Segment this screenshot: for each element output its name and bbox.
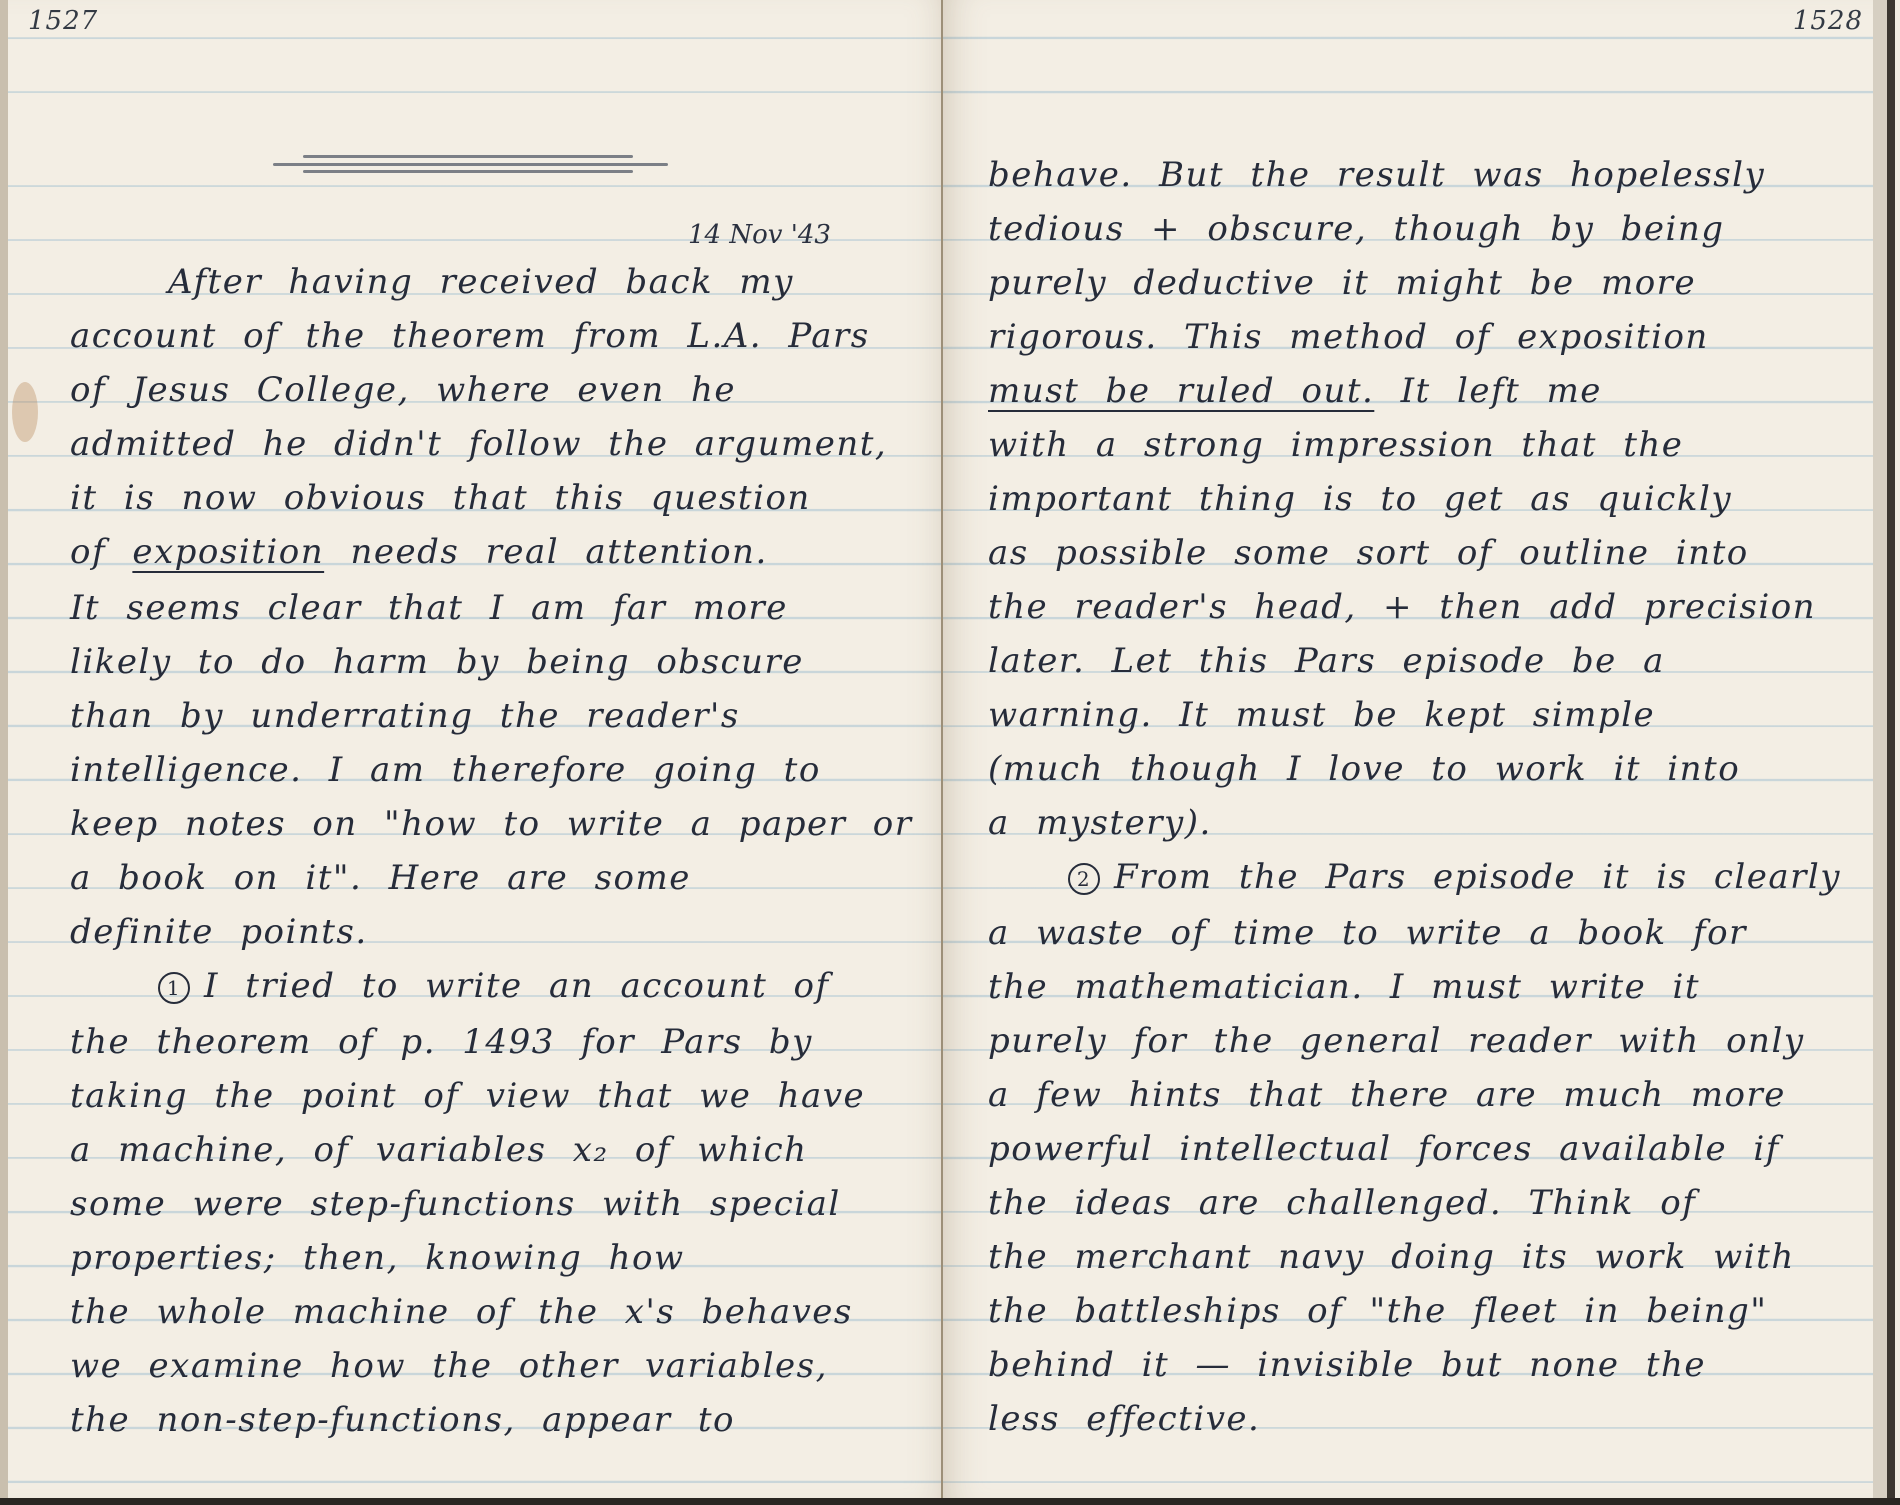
- text-line: important thing is to get as quickly: [988, 479, 1732, 519]
- text-line: purely for the general reader with only: [988, 1021, 1805, 1061]
- text-line: (much though I love to work it into: [988, 749, 1740, 789]
- text-line: we examine how the other variables,: [70, 1346, 828, 1386]
- circled-number-icon: 2: [1068, 863, 1100, 895]
- text-line: than by underrating the reader's: [70, 696, 740, 736]
- text-line: with a strong impression that the: [988, 425, 1683, 465]
- text-rest: needs real attention.: [324, 532, 768, 572]
- paper-stain: [12, 382, 38, 442]
- section-divider: [273, 155, 673, 177]
- text-line: It seems clear that I am far more: [70, 588, 788, 628]
- text-line: a mystery).: [988, 803, 1212, 843]
- text-line: a few hints that there are much more: [988, 1075, 1786, 1115]
- underlined-word: exposition: [132, 532, 324, 572]
- text-line: taking the point of view that we have: [70, 1076, 865, 1116]
- text-line: I tried to write an account of: [204, 966, 830, 1006]
- text-line: behave. But the result was hopelessly: [988, 155, 1765, 195]
- text-line: some were step-functions with special: [70, 1184, 841, 1224]
- right-page: 1528 behave. But the result was hopeless…: [943, 0, 1887, 1498]
- text-line: likely to do harm by being obscure: [70, 642, 804, 682]
- text-line: the mathematician. I must write it: [988, 967, 1700, 1007]
- text-line: admitted he didn't follow the argument,: [70, 424, 887, 464]
- text-line: the non-step-functions, appear to: [70, 1400, 735, 1440]
- text-line: a waste of time to write a book for: [988, 913, 1747, 953]
- text-line: a book on it". Here are some: [70, 858, 691, 898]
- circled-number-icon: 1: [158, 972, 190, 1004]
- text-line: account of the theorem from L.A. Pars: [70, 316, 870, 356]
- text-line: of Jesus College, where even he: [70, 370, 736, 410]
- text-line: keep notes on "how to write a paper or: [70, 804, 912, 844]
- text-line: warning. It must be kept simple: [988, 695, 1655, 735]
- text-line: it is now obvious that this question: [70, 478, 811, 518]
- text-line: as possible some sort of outline into: [988, 533, 1749, 573]
- text-line: the reader's head, + then add precision: [988, 587, 1816, 627]
- text-line: definite points.: [70, 912, 368, 952]
- point-two-line: 2From the Pars episode it is clearly: [1068, 857, 1841, 897]
- text-line: behind it — invisible but none the: [988, 1345, 1706, 1385]
- page-number: 1528: [1793, 6, 1863, 36]
- text-line: After having received back my: [168, 262, 794, 302]
- text-line: tedious + obscure, though by being: [988, 209, 1725, 249]
- entry-date: 14 Nov '43: [688, 220, 831, 250]
- notebook-spread: 1527 14 Nov '43 After having received ba…: [0, 0, 1900, 1498]
- text-line: later. Let this Pars episode be a: [988, 641, 1665, 681]
- left-page: 1527 14 Nov '43 After having received ba…: [0, 0, 951, 1498]
- text-line: a machine, of variables x₂ of which: [70, 1130, 808, 1170]
- text-line: the ideas are challenged. Think of: [988, 1183, 1696, 1223]
- text-line: From the Pars episode it is clearly: [1114, 857, 1841, 897]
- text-line: rigorous. This method of exposition: [988, 317, 1709, 357]
- text-line: the theorem of p. 1493 for Pars by: [70, 1022, 813, 1062]
- text-line: the merchant navy doing its work with: [988, 1237, 1795, 1277]
- page-number: 1527: [28, 6, 98, 36]
- point-one-line: 1I tried to write an account of: [158, 966, 830, 1006]
- underlined-phrase: must be ruled out.: [988, 371, 1374, 411]
- text-line-exposition: of exposition needs real attention.: [70, 532, 768, 572]
- text-line: properties; then, knowing how: [70, 1238, 685, 1278]
- text-line: intelligence. I am therefore going to: [70, 750, 821, 790]
- text-line-ruled-out: must be ruled out. It left me: [988, 371, 1602, 411]
- text-of: of: [70, 532, 132, 572]
- text-line: the whole machine of the x's behaves: [70, 1292, 853, 1332]
- text-line: less effective.: [988, 1399, 1260, 1439]
- text-line: powerful intellectual forces available i…: [988, 1129, 1780, 1169]
- text-rest: It left me: [1374, 371, 1602, 411]
- text-line: the battleships of "the fleet in being": [988, 1291, 1767, 1331]
- text-line: purely deductive it might be more: [988, 263, 1696, 303]
